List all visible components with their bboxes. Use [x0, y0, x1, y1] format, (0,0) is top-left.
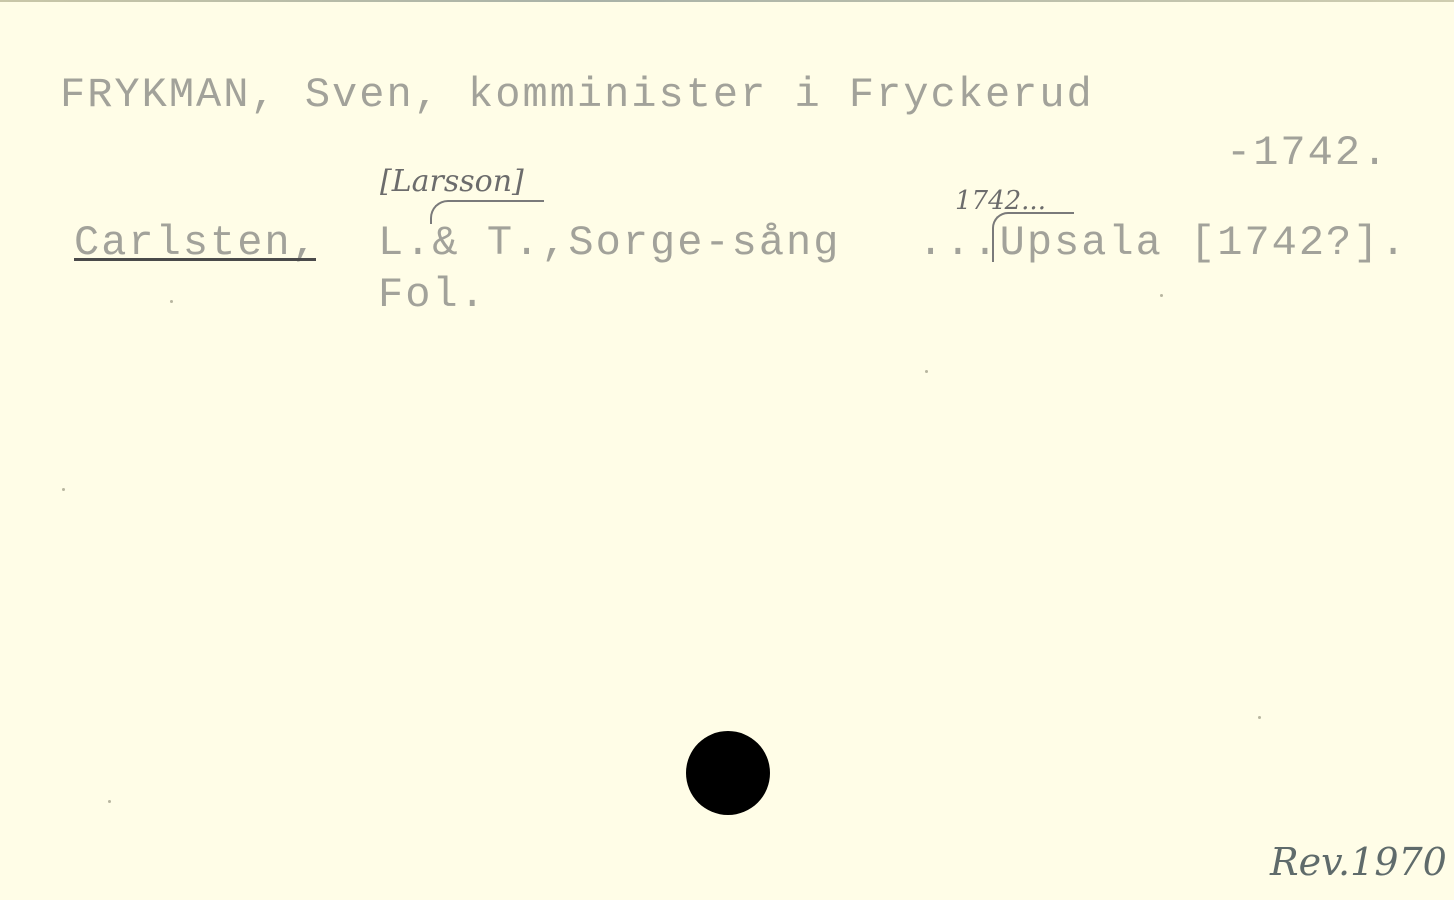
entry-publication: ...Upsala [1742?].	[918, 222, 1408, 264]
entry-title: L.& T.,Sorge-sång	[378, 222, 840, 264]
punch-hole	[686, 731, 770, 815]
card-heading: FRYKMAN, Sven, komminister i Fryckerud	[60, 74, 1094, 116]
paper-speck	[925, 370, 928, 373]
revision-note: Rev.1970	[1270, 840, 1447, 884]
author-underline	[74, 258, 316, 261]
card-top-edge	[0, 0, 1454, 2]
catalog-card: FRYKMAN, Sven, komminister i Fryckerud -…	[0, 0, 1454, 900]
paper-speck	[62, 488, 65, 491]
paper-speck	[1160, 294, 1163, 297]
paper-speck	[1258, 716, 1261, 719]
entry-format: Fol.	[378, 274, 487, 316]
handwritten-author-correction: [Larsson]	[380, 164, 524, 199]
card-heading-date: -1742.	[1226, 132, 1389, 174]
paper-speck	[108, 800, 111, 803]
paper-speck	[170, 300, 173, 303]
